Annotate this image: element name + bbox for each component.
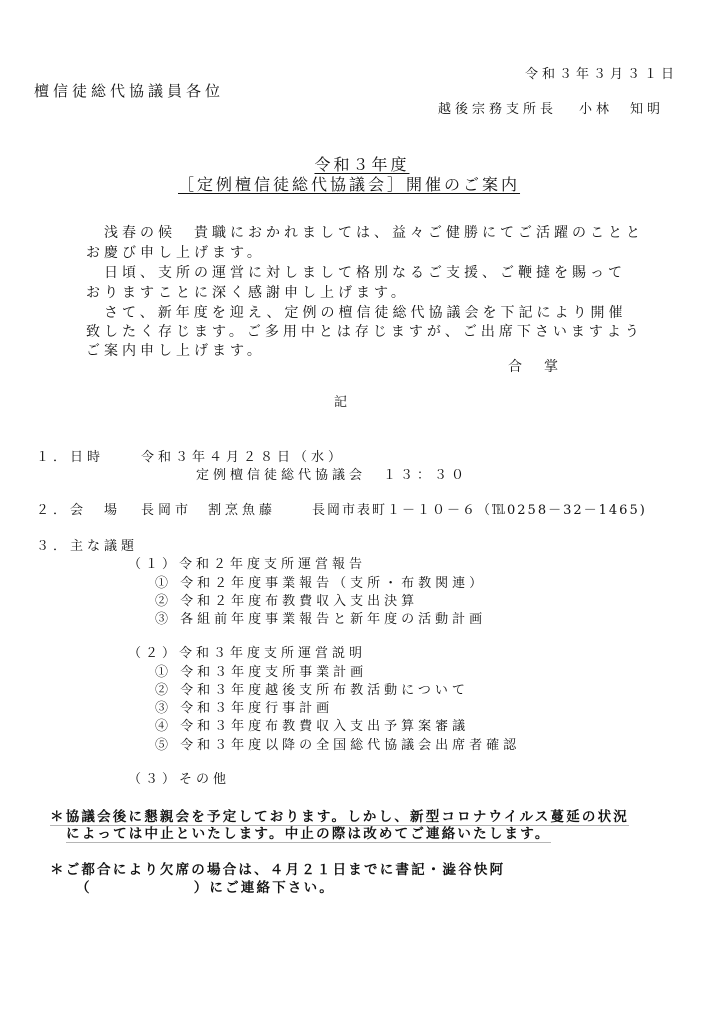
sender-title: 越後宗務支所長 (438, 102, 557, 117)
venue-name: 割烹魚藤 (208, 499, 276, 518)
meeting-event-time: 定例檀信徒総代協議会 １３：３０ (196, 464, 468, 483)
body-line-5: さて、新年度を迎え、定例の檀信徒総代協議会を下記により開催 (86, 302, 627, 322)
agenda-item: ⑤ 令和３年度以降の全国総代協議会出席者確認 (155, 734, 520, 753)
meeting-date: 令和３年４月２８日（水） (141, 446, 345, 465)
venue-address-phone: 長岡市表町１－１０－６（℡0258－32－1465) (312, 499, 647, 518)
agenda-item: ③ 令和３年度行事計画 (155, 697, 333, 716)
body-line-4: おりますことに深く感謝申し上げます。 (86, 282, 409, 302)
sender: 越後宗務支所長小林 知明 (438, 98, 664, 117)
contact-paren-open: （ (76, 880, 92, 896)
datetime-label: １．日時 (36, 446, 104, 465)
body-line-7: ご案内申し上げます。 (86, 340, 265, 360)
sender-name: 小林 知明 (579, 102, 664, 117)
body-line-3: 日頃、支所の運営に対しまして格別なるご支援、ご鞭撻を賜って (86, 262, 626, 282)
agenda-section-3-heading: （３）その他 (128, 768, 230, 787)
document-date: 令和３年３月３１日 (525, 63, 678, 82)
agenda-label: ３．主な議題 (36, 535, 138, 554)
body-line-6: 致したく存じます。ご多用中とは存じますが、ご出席下さいますよう (86, 321, 643, 341)
closing-gassho: 合 掌 (508, 356, 562, 376)
agenda-item: ② 令和３年度越後支所布教活動について (155, 679, 469, 698)
venue-label: ２．会 場 (36, 499, 121, 518)
agenda-item: ④ 令和３年度布教費収入支出予算案審議 (155, 715, 469, 734)
ki-marker: 記 (334, 391, 347, 410)
notice-2-line-2: （）にご連絡下さい。 (76, 876, 335, 896)
venue-city: 長岡市 (141, 499, 192, 518)
body-line-1: 浅春の候 貴職におかれましては、益々ご健勝にてご活躍のことと (86, 222, 644, 242)
body-line-2: お慶び申し上げます。 (86, 242, 265, 262)
notice-1-line-2: によっては中止といたします。中止の際は改めてご連絡いたします。 (66, 822, 551, 842)
agenda-item: ① 令和２年度事業報告（支所・布教関連） (155, 572, 486, 591)
notice-2-line-1: ＊ご都合により欠席の場合は、４月２１日までに書記・澁谷快阿 (50, 858, 505, 878)
agenda-section-2-heading: （２）令和３年度支所運営説明 (128, 642, 366, 661)
title-line-2: ［定例檀信徒総代協議会］開催のご案内 (178, 172, 520, 195)
agenda-item: ③ 各組前年度事業報告と新年度の活動計画 (155, 608, 486, 627)
contact-paren-close: ）にご連絡下さい。 (194, 880, 335, 896)
agenda-item: ② 令和２年度布教費収入支出決算 (155, 590, 418, 609)
addressee: 檀信徒総代協議員各位 (34, 80, 224, 101)
agenda-item: ① 令和３年度支所事業計画 (155, 661, 367, 680)
agenda-section-1-heading: （１）令和２年度支所運営報告 (128, 553, 366, 572)
